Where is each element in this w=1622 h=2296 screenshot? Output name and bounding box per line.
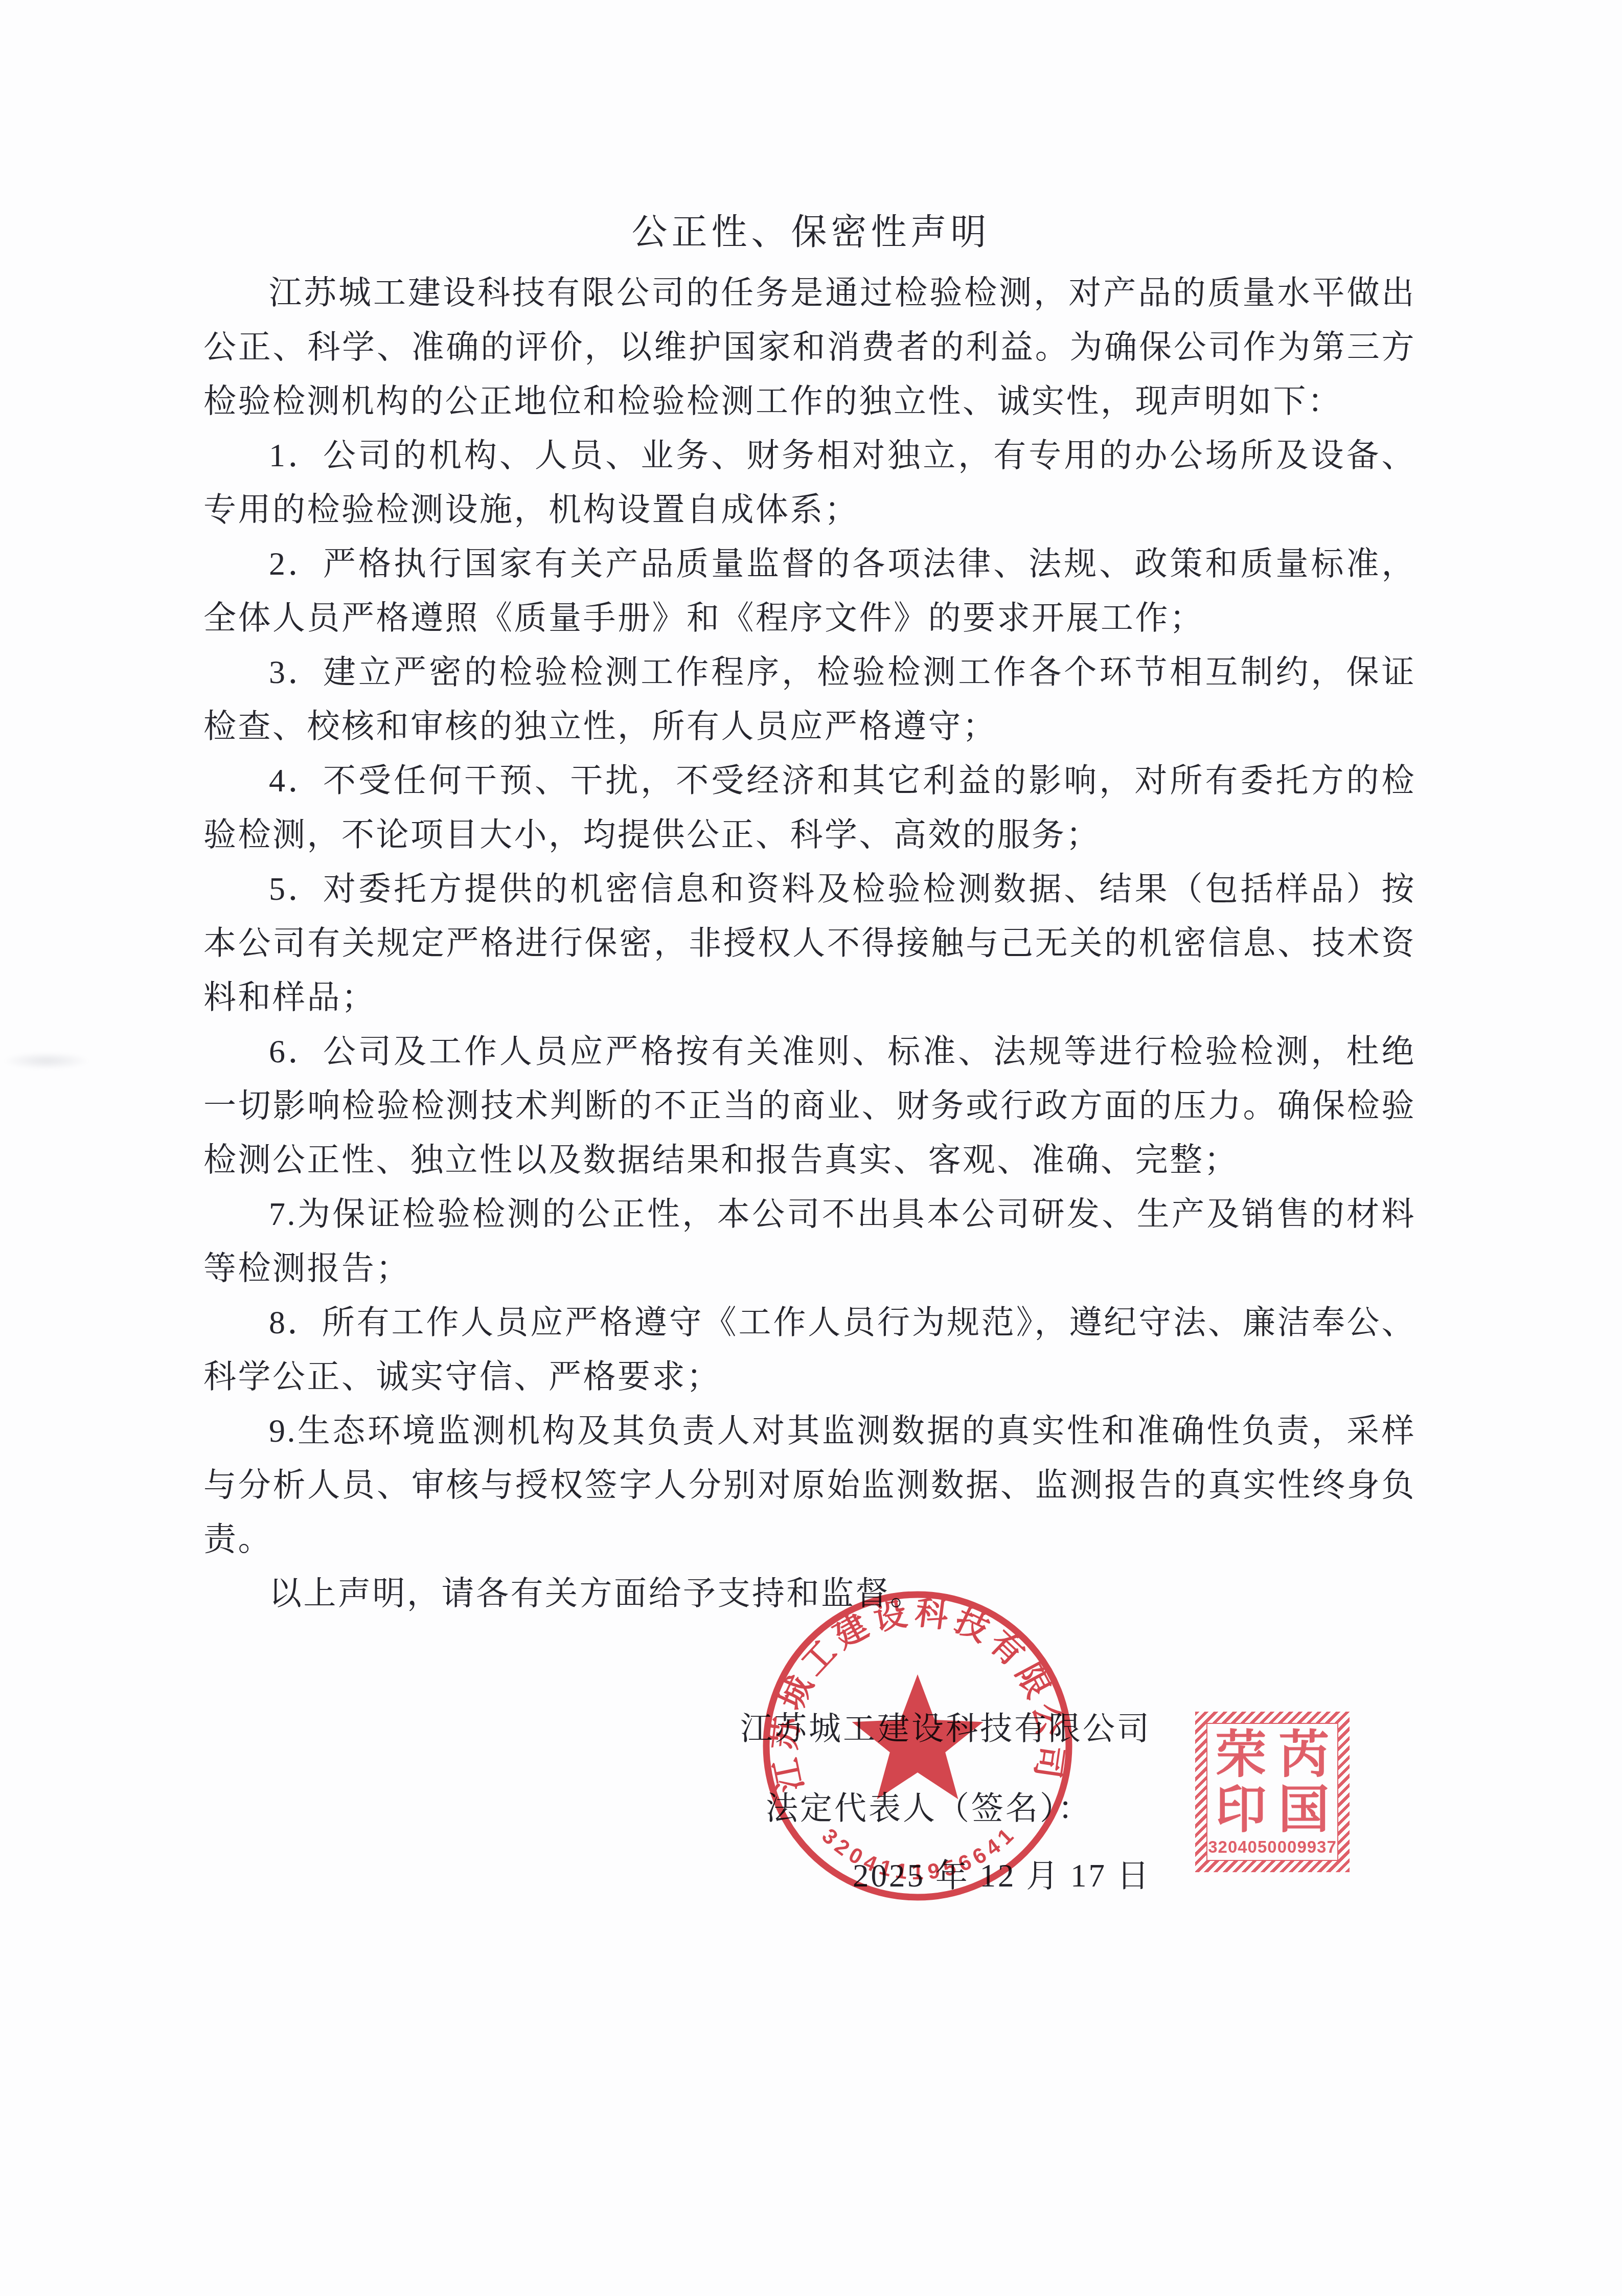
clause-8: 8．所有工作人员应严格遵守《工作人员行为规范》，遵纪守法、廉洁奉公、科学公正、诚… (203, 1295, 1416, 1404)
page-title: 公正性、保密性声明 (0, 203, 1622, 255)
intro-paragraph: 江苏城工建设科技有限公司的任务是通过检验检测，对产品的质量水平做出公正、科学、准… (203, 266, 1416, 428)
seal-star-icon (852, 1674, 984, 1799)
personal-seal-characters: 荣 芮 印 国 (1207, 1724, 1337, 1837)
clause-6: 6．公司及工作人员应严格按有关准则、标准、法规等进行检验检测，杜绝一切影响检验检… (203, 1025, 1416, 1187)
seal-char-bottom-left: 印 (1216, 1784, 1267, 1835)
scanned-declaration-page: 公正性、保密性声明 江苏城工建设科技有限公司的任务是通过检验检测，对产品的质量水… (0, 0, 1622, 2296)
svg-text:5: 5 (941, 1855, 958, 1881)
personal-seal-face: 荣 芮 印 国 3204050009937 (1206, 1723, 1338, 1861)
company-round-seal: 江苏城工建设科技有限公司 3204111956641 (759, 1587, 1076, 1904)
seal-char-top-left: 荣 (1216, 1729, 1267, 1780)
svg-text:1: 1 (894, 1858, 909, 1884)
clause-2: 2．严格执行国家有关产品质量监督的各项法律、法规、政策和质量标准，全体人员严格遵… (203, 537, 1416, 645)
statement-body: 江苏城工建设科技有限公司的任务是通过检验检测，对产品的质量水平做出公正、科学、准… (203, 266, 1416, 1621)
clause-4: 4．不受任何干预、干扰，不受经济和其它利益的影响，对所有委托方的检验检测，不论项… (203, 754, 1416, 862)
svg-text:1: 1 (877, 1855, 895, 1881)
seal-char-bottom-right: 国 (1278, 1784, 1330, 1835)
clause-9: 9.生态环境监测机构及其负责人对其监测数据的真实性和准确性负责，采样与分析人员、… (203, 1404, 1416, 1566)
clause-1: 1．公司的机构、人员、业务、财务相对独立，有专用的办公场所及设备、专用的检验检测… (203, 428, 1416, 537)
scan-smudge (3, 1052, 90, 1070)
clause-7: 7.为保证检验检测的公正性，本公司不出具本公司研发、生产及销售的材料等检测报告； (203, 1187, 1416, 1295)
svg-text:9: 9 (926, 1858, 941, 1884)
svg-text:1: 1 (911, 1860, 923, 1884)
personal-square-seal: 荣 芮 印 国 3204050009937 (1195, 1712, 1350, 1872)
seal-char-top-right: 芮 (1278, 1729, 1330, 1780)
clause-3: 3．建立严密的检验检测工作程序，检验检测工作各个环节相互制约，保证检查、校核和审… (203, 645, 1416, 754)
seal-code-digits: 3204111956641 (817, 1824, 1018, 1884)
clause-5: 5．对委托方提供的机密信息和资料及检验检测数据、结果（包括样品）按本公司有关规定… (203, 862, 1416, 1025)
personal-seal-code: 3204050009937 (1207, 1837, 1337, 1860)
